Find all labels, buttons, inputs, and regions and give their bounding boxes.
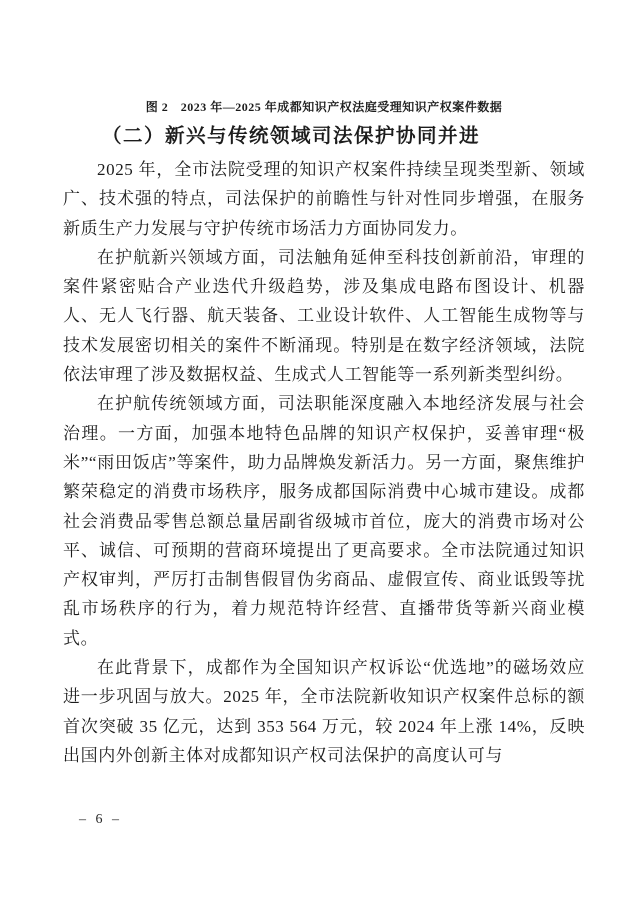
figure-caption: 图 2 2023 年—2025 年成都知识产权法庭受理知识产权案件数据 <box>63 100 585 115</box>
paragraph-overview: 2025 年，全市法院受理的知识产权案件持续呈现类型新、领域广、技术强的特点，司… <box>63 155 585 243</box>
body-text: 2025 年，全市法院受理的知识产权案件持续呈现类型新、领域广、技术强的特点，司… <box>63 155 585 770</box>
section-heading: （二）新兴与传统领域司法保护协同并进 <box>63 124 585 150</box>
paragraph-litigation-magnet: 在此背景下，成都作为全国知识产权诉讼“优选地”的磁场效应进一步巩固与放大。202… <box>63 653 585 770</box>
page-content: 图 2 2023 年—2025 年成都知识产权法庭受理知识产权案件数据 （二）新… <box>63 100 585 770</box>
document-page: 图 2 2023 年—2025 年成都知识产权法庭受理知识产权案件数据 （二）新… <box>0 0 635 898</box>
paragraph-traditional-fields: 在护航传统领域方面，司法职能深度融入本地经济发展与社会治理。一方面，加强本地特色… <box>63 389 585 653</box>
page-number: – 6 – <box>79 812 122 828</box>
paragraph-emerging-fields: 在护航新兴领域方面，司法触角延伸至科技创新前沿，审理的案件紧密贴合产业迭代升级趋… <box>63 243 585 389</box>
